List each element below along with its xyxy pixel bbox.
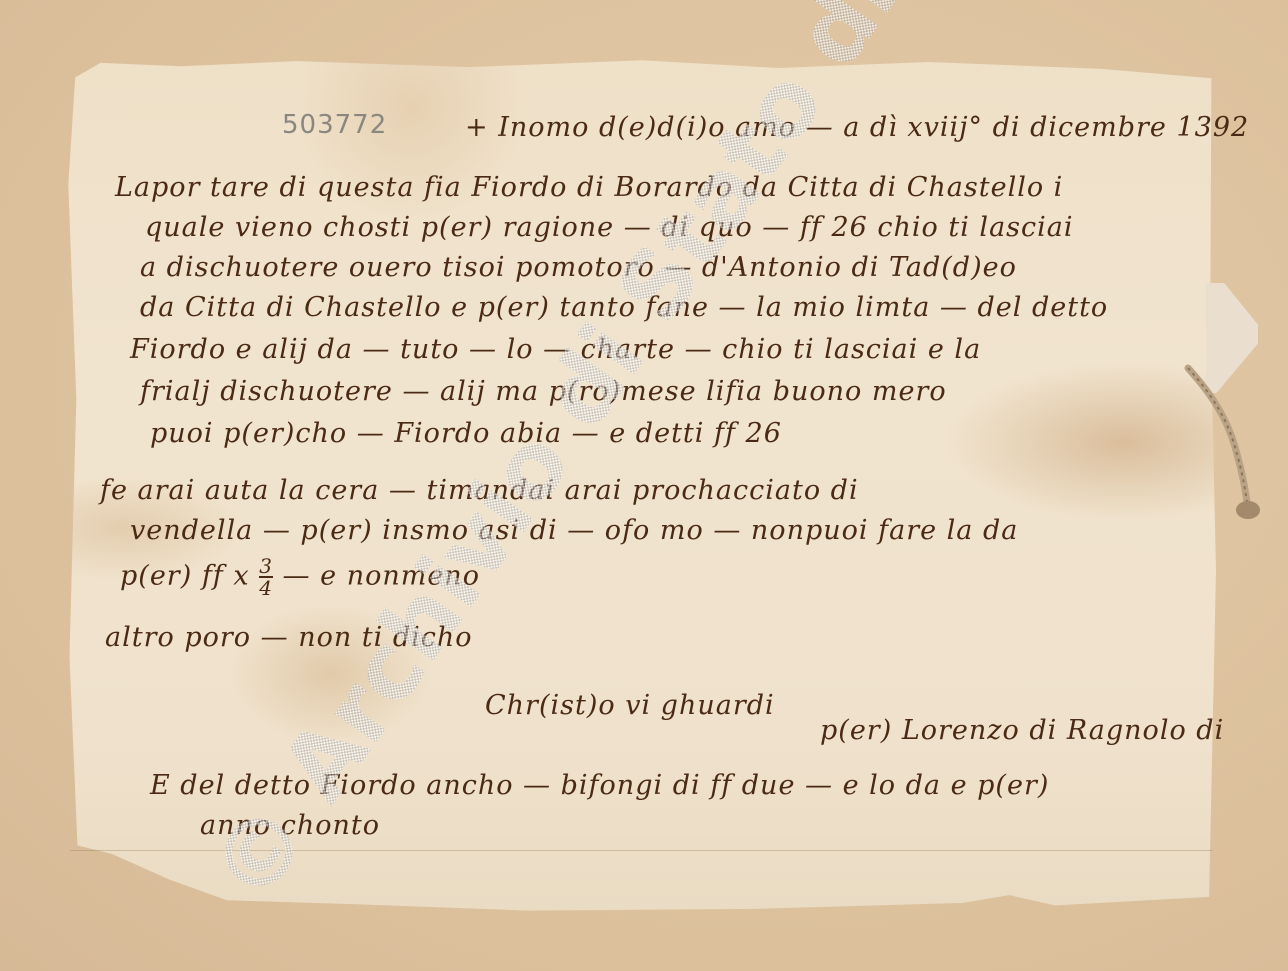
string-tie-icon bbox=[1180, 362, 1270, 522]
text-line: Lapor tare di questa fia Fiordo di Borar… bbox=[115, 172, 1063, 203]
fraction-numerator: 3 bbox=[259, 556, 273, 576]
fraction: 3 4 bbox=[259, 556, 273, 598]
header-line: + Inomo d(e)d(i)o amo — a dì xviij° di d… bbox=[465, 112, 1249, 143]
text-fragment: p(er) ff x bbox=[120, 561, 250, 592]
text-line: quale vieno chosti p(er) ragione — di qu… bbox=[145, 212, 1074, 243]
inventory-number: 503772 bbox=[282, 110, 387, 140]
text-line: puoi p(er)cho — Fiordo abia — e detti ff… bbox=[150, 418, 782, 449]
signature-name: p(er) Lorenzo di Ragnolo di bbox=[820, 715, 1224, 746]
signature-greeting: Chr(ist)o vi ghuardi bbox=[485, 690, 775, 721]
fraction-denominator: 4 bbox=[259, 576, 273, 598]
text-line: a dischuotere ouero tisoi pomotoro — d'A… bbox=[140, 252, 1017, 283]
text-line: vendella — p(er) insmo asi di — ofo mo —… bbox=[130, 515, 1018, 546]
